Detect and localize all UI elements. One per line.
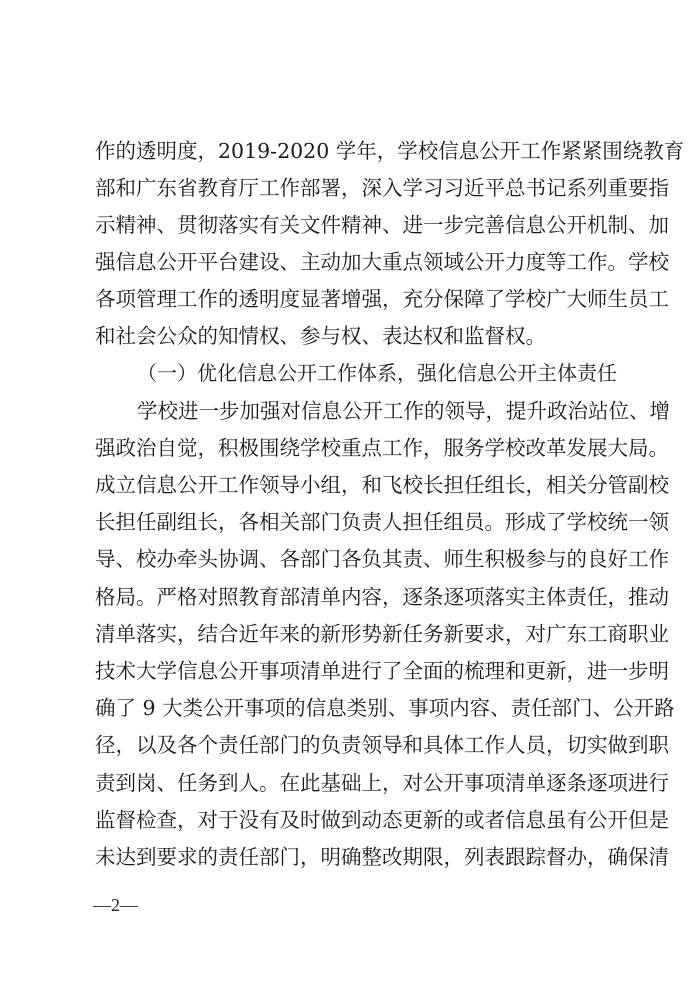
page-number: —2— xyxy=(93,893,138,917)
text-line: 径，以及各个责任部门的负责领导和具体工作人员，切实做到职 xyxy=(95,730,608,760)
text-line: 长担任副组长，各相关部门负责人担任组员。形成了学校统一领 xyxy=(95,507,608,537)
document-page: 作的透明度，2019-2020 学年，学校信息公开工作紧紧围绕教育 部和广东省教… xyxy=(0,0,700,990)
text-line: 清单落实，结合近年来的新形势新任务新要求，对广东工商职业 xyxy=(95,619,608,649)
text-line: 导、校办牵头协调、各部门各负其责、师生积极参与的良好工作 xyxy=(95,544,608,574)
text-line: 部和广东省教育厅工作部署，深入学习习近平总书记系列重要指 xyxy=(95,173,608,203)
text-line: 各项管理工作的透明度显著增强，充分保障了学校广大师生员工 xyxy=(95,284,608,314)
text-line: 责到岗、任务到人。在此基础上，对公开事项清单逐条逐项进行 xyxy=(95,768,608,798)
text-line: 格局。严格对照教育部清单内容，逐条逐项落实主体责任，推动 xyxy=(95,582,608,612)
text-line: 强信息公开平台建设、主动加大重点领域公开力度等工作。学校 xyxy=(95,247,608,277)
text-line: 未达到要求的责任部门，明确整改期限，列表跟踪督办，确保清 xyxy=(95,842,608,872)
text-line: 成立信息公开工作领导小组，和飞校长担任组长，相关分管副校 xyxy=(95,470,608,500)
text-line: 作的透明度，2019-2020 学年，学校信息公开工作紧紧围绕教育 xyxy=(95,136,608,166)
text-line: 技术大学信息公开事项清单进行了全面的梳理和更新，进一步明 xyxy=(95,656,608,686)
text-line: 强政治自觉，积极围绕学校重点工作，服务学校改革发展大局。 xyxy=(95,433,608,463)
text-line: 监督检查，对于没有及时做到动态更新的或者信息虽有公开但是 xyxy=(95,805,608,835)
text-line: 示精神、贯彻落实有关文件精神、进一步完善信息公开机制、加 xyxy=(95,210,608,240)
text-line: 确了 9 大类公开事项的信息类别、事项内容、责任部门、公开路 xyxy=(95,693,608,723)
section-heading: （一）优化信息公开工作体系，强化信息公开主体责任 xyxy=(137,358,597,388)
text-line: 和社会公众的知情权、参与权、表达权和监督权。 xyxy=(95,321,608,351)
text-line: 学校进一步加强对信息公开工作的领导，提升政治站位、增 xyxy=(137,396,608,426)
